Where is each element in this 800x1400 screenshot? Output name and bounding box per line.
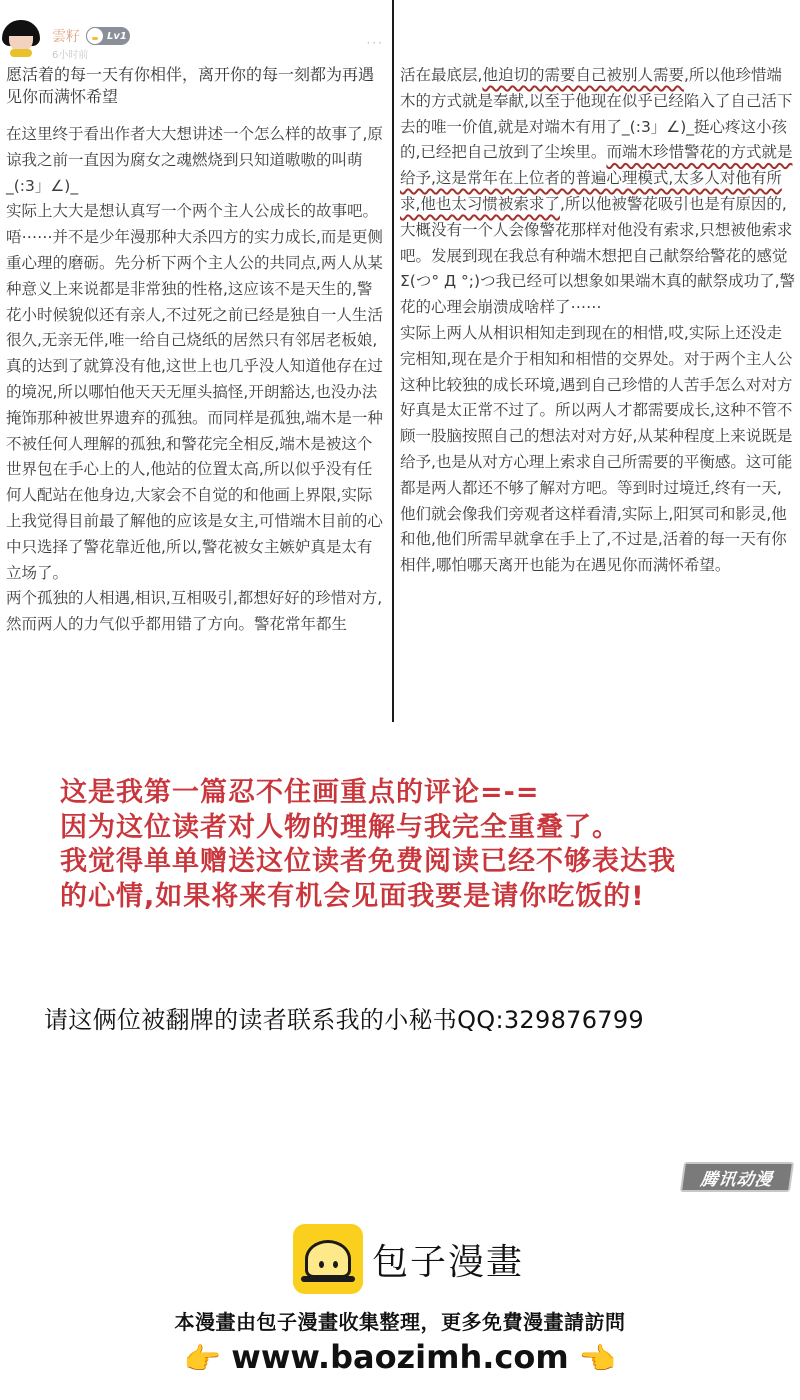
watermark-text: 腾讯动漫	[699, 1165, 775, 1190]
text-segment: ,所以他被警花吸引也是有原因的,大概没有一个人会像警花那样对他没有索求,只想被他…	[400, 195, 795, 316]
eye-icon	[333, 1261, 338, 1268]
bun-shape	[305, 1240, 351, 1278]
level-badge: Lv1	[86, 27, 130, 45]
column-divider	[392, 0, 394, 722]
author-note-line: 这是我第一篇忍不住画重点的评论=-=	[60, 776, 760, 811]
duck-icon	[86, 27, 104, 45]
highlighted-text: 他迫切的需要自己被别人需要	[482, 66, 684, 84]
avatar-collar	[10, 49, 32, 57]
contact-line: 请这俩位被翻牌的读者联系我的小秘书QQ:329876799	[44, 1000, 644, 1035]
author-note-line: 我觉得单单赠送这位读者免费阅读已经不够表达我	[60, 845, 760, 880]
site-url-link[interactable]: www.baozimh.com	[231, 1338, 568, 1376]
comment-headline: 愿活着的每一天有你相伴，离开你的每一刻都为再遇见你而满怀希望	[0, 56, 392, 108]
brand-name: 包子漫畫	[372, 1234, 524, 1285]
avatar[interactable]	[2, 20, 40, 60]
comment-time: 6小时前	[52, 46, 88, 61]
author-note: 这是我第一篇忍不住画重点的评论=-= 因为这位读者对人物的理解与我完全重叠了。 …	[60, 776, 760, 914]
watermark-logo: 腾讯动漫	[680, 1162, 794, 1192]
pointing-left-icon: 👈	[579, 1342, 616, 1377]
comment-header: 雲籽 Lv1 6小时前 ···	[0, 0, 392, 56]
comment-paragraph: 实际上两人从相识相知走到现在的相惜,哎,实际上还没走完相知,现在是介于相知和相惜…	[396, 321, 800, 579]
author-note-line: 因为这位读者对人物的理解与我完全重叠了。	[60, 811, 760, 846]
footer-description: 本漫畫由包子漫畫收集整理，更多免費漫畫請訪問	[0, 1306, 800, 1335]
plate-shape	[301, 1276, 355, 1282]
comment-paragraph: 两个孤独的人相遇,相识,互相吸引,都想好好的珍惜对方,然而两人的力气似乎都用错了…	[0, 586, 392, 638]
comment-paragraph: 活在最底层,他迫切的需要自己被别人需要,所以他珍惜端木的方式就是奉献,以至于他现…	[396, 63, 800, 321]
ellipsis-icon[interactable]: ···	[367, 36, 384, 50]
author-note-line: 的心情,如果将来有机会见面我要是请你吃饭的!	[60, 880, 760, 915]
text-segment: 活在最底层,	[400, 66, 482, 84]
pointing-right-icon: 👉	[184, 1342, 221, 1377]
right-column: 活在最底层,他迫切的需要自己被别人需要,所以他珍惜端木的方式就是奉献,以至于他现…	[396, 0, 800, 579]
eye-icon	[319, 1261, 324, 1268]
baozi-logo-icon	[293, 1224, 363, 1294]
comment-paragraph: 在这里终于看出作者大大想讲述一个怎么样的故事了,原谅我之前一直因为腐女之魂燃烧到…	[0, 122, 392, 199]
username[interactable]: 雲籽	[52, 26, 80, 46]
footer-url-row: 👉www.baozimh.com👈	[0, 1338, 800, 1377]
comment-paragraph: 实际上大大是想认真写一个两个主人公成长的故事吧。唔⋯⋯并不是少年漫那种大杀四方的…	[0, 199, 392, 586]
left-column: 雲籽 Lv1 6小时前 ··· 愿活着的每一天有你相伴，离开你的每一刻都为再遇见…	[0, 0, 392, 638]
level-label: Lv1	[107, 31, 127, 42]
